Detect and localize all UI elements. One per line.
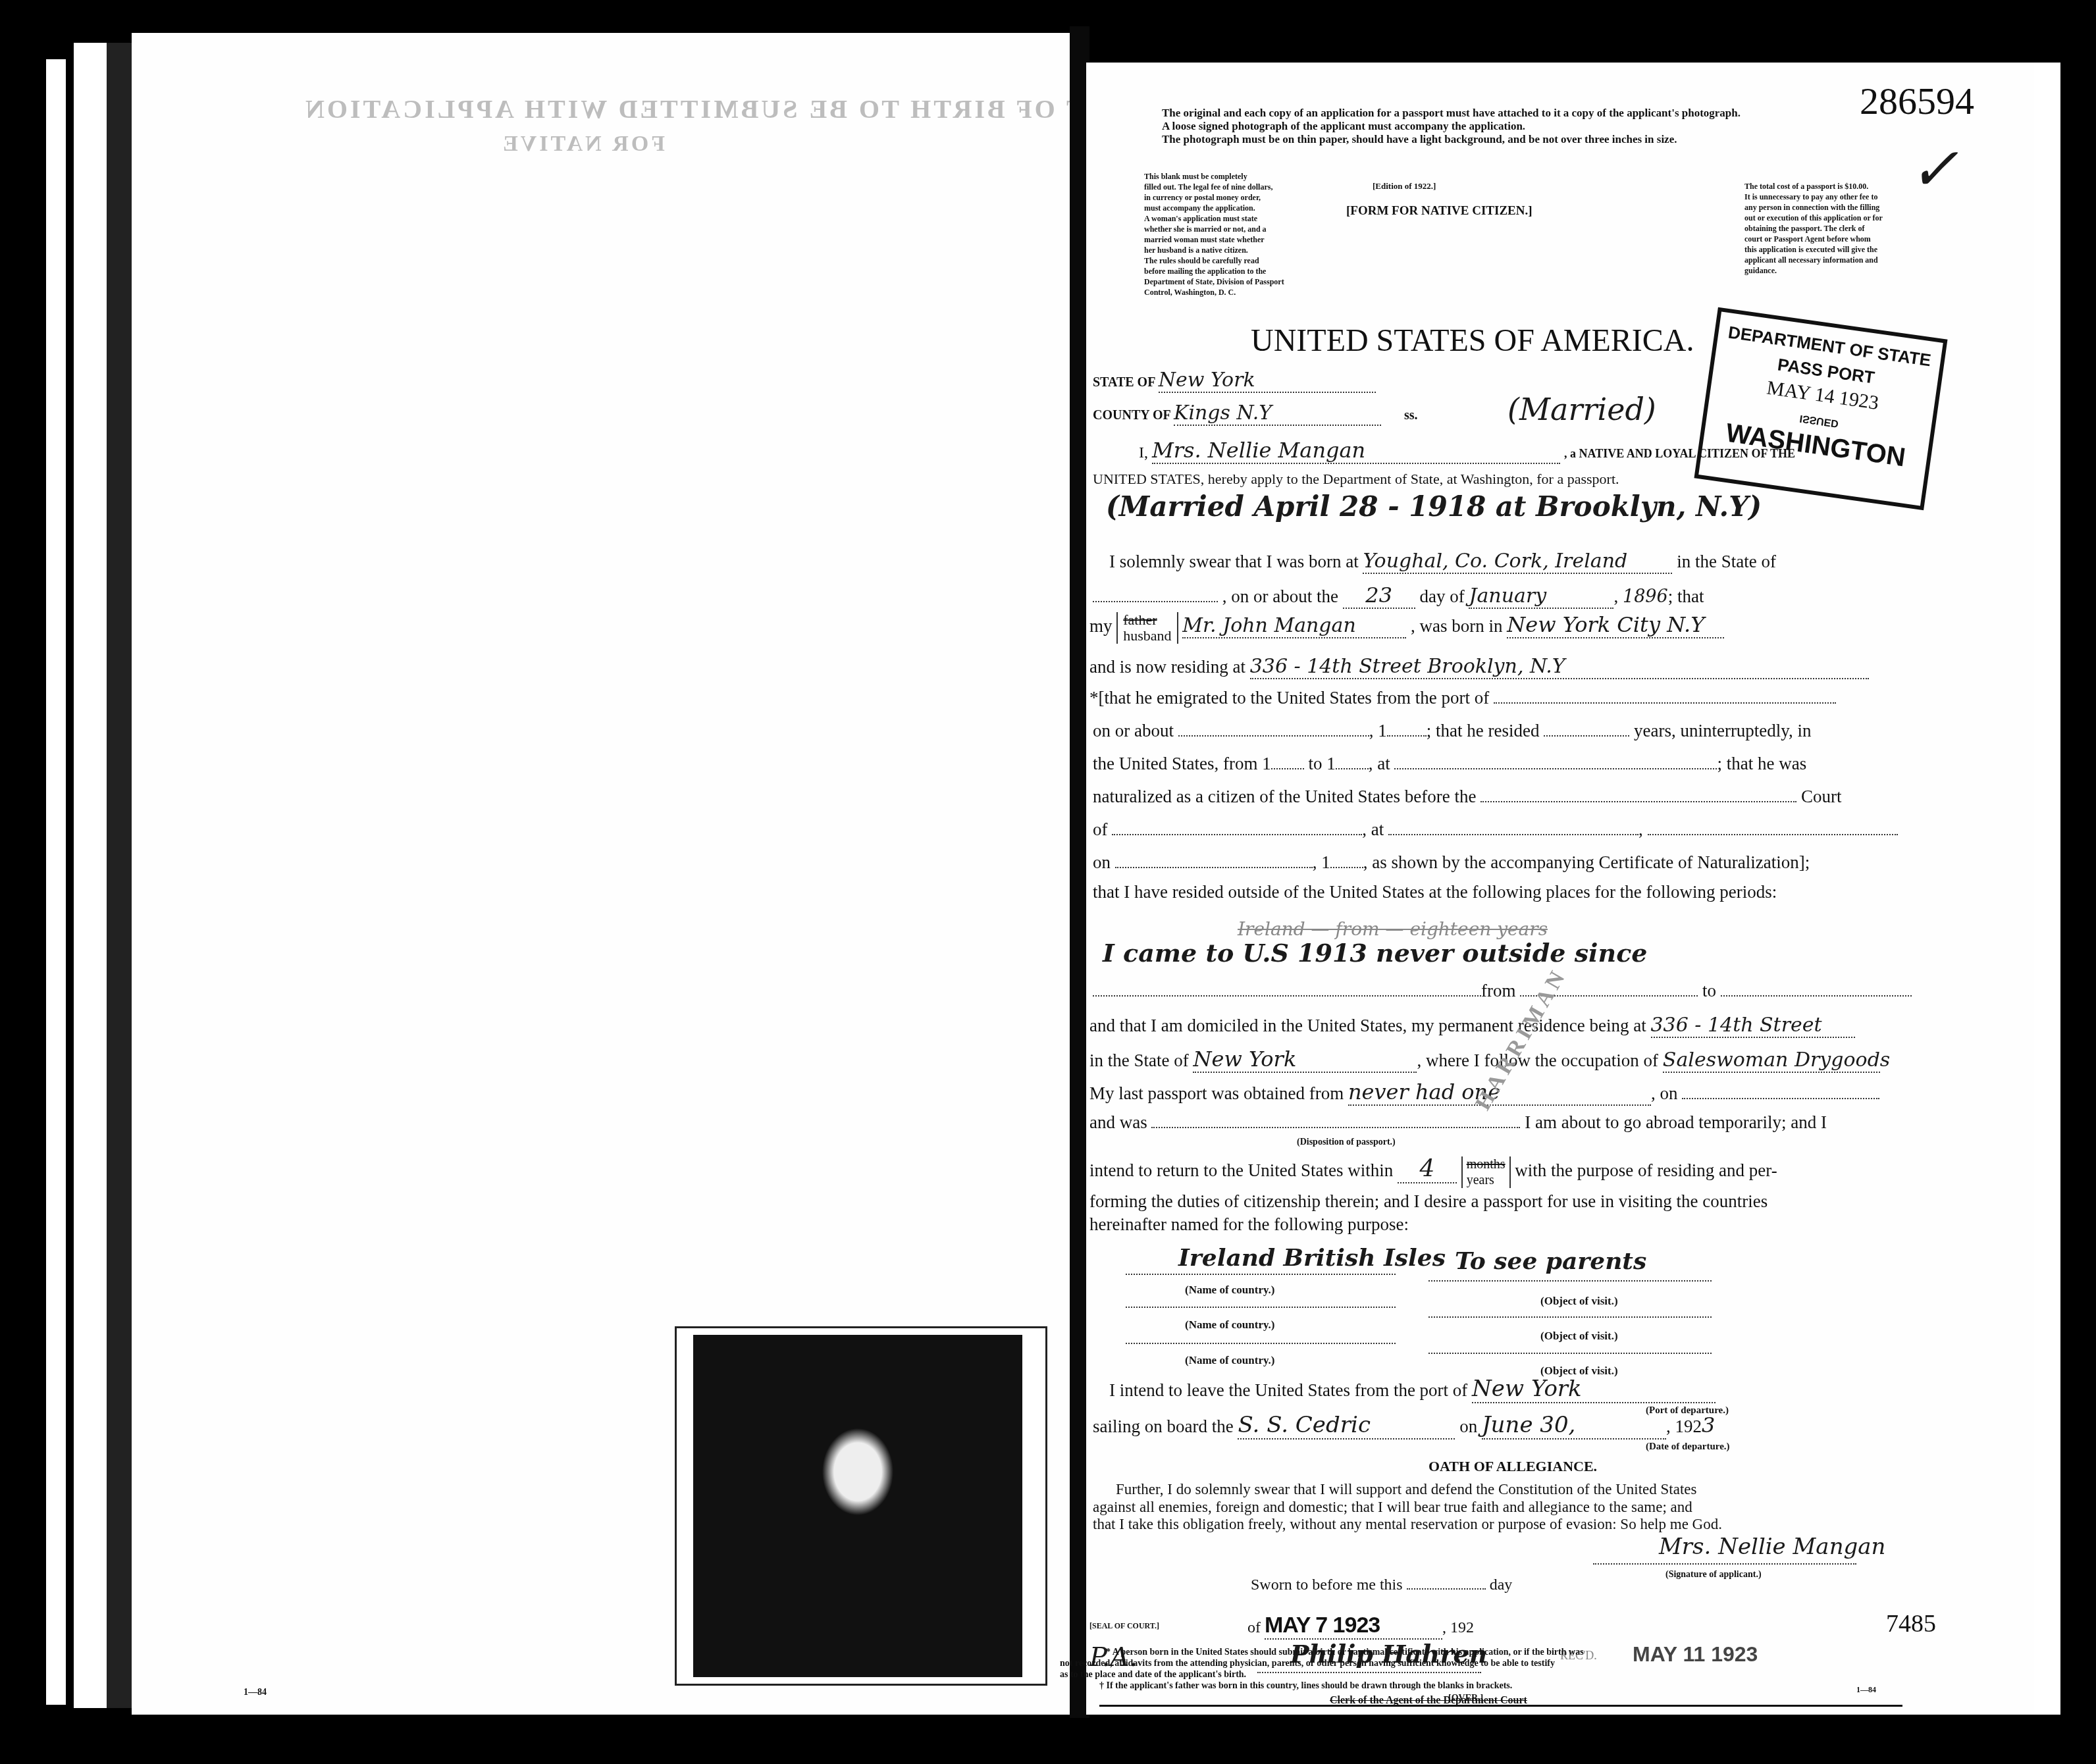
occupation: Saleswoman Drygoods — [1663, 1049, 1880, 1073]
oath-line-1: Further, I do solemnly swear that I will… — [1116, 1481, 1697, 1498]
country-caption-2: (Name of country.) — [1185, 1318, 1274, 1332]
state-occupation-line: in the State of New York, where I follow… — [1089, 1047, 1880, 1073]
book-spine-shadow — [107, 43, 132, 1708]
destination-object-1: To see parents — [1455, 1247, 1646, 1275]
book-page-edges — [74, 43, 107, 1708]
naturalization-date-line: on , 1, as shown by the accompanying Cer… — [1093, 852, 1810, 873]
married-annotation: (Married) — [1507, 392, 1656, 427]
applicant-name: Mrs. Nellie Mangan — [1152, 438, 1560, 464]
emigrated-line: *[that he emigrated to the United States… — [1089, 688, 1836, 708]
oath-line-3: that I take this obligation freely, with… — [1093, 1516, 1722, 1533]
destination-object-line-2 — [1428, 1316, 1712, 1318]
date-caption: (Date of departure.) — [1646, 1441, 1730, 1453]
birth-place-line: I solemnly swear that I was born at Youg… — [1109, 550, 1776, 574]
application-number: 7485 — [1886, 1609, 1936, 1638]
left-form-code: 1—84 — [244, 1685, 267, 1700]
signature-caption: (Signature of applicant.) — [1665, 1570, 1762, 1580]
edition-label: [Edition of 1922.] — [1373, 181, 1436, 192]
signature-line — [1593, 1563, 1856, 1565]
marriage-statement: (Married April 28 - 1918 at Brooklyn, N.… — [1106, 490, 1762, 523]
destination-country-line-1 — [1126, 1274, 1396, 1275]
departure-port-line: I intend to leave the United States from… — [1109, 1376, 1716, 1403]
book-page-edges-right — [2034, 63, 2060, 1715]
state-field: STATE OF New York — [1093, 369, 1376, 393]
over-label: [OVER.] — [1448, 1694, 1483, 1704]
seal-caption: [SEAL OF COURT.] — [1089, 1621, 1159, 1631]
court-location-line: of , at , — [1093, 819, 1898, 840]
return-duration: 4 — [1398, 1155, 1457, 1183]
husband-name: Mr. John Mangan — [1182, 614, 1406, 638]
on-about-line: on or about , 1; that he resided years, … — [1093, 721, 1812, 741]
from-to-line: from to — [1093, 981, 1912, 1001]
residence-state: New York — [1193, 1047, 1417, 1073]
husband-residence-line: and is now residing at 336 - 14th Street… — [1089, 655, 1869, 679]
birth-year: 1896 — [1623, 586, 1668, 607]
destination-country-line-3 — [1126, 1343, 1396, 1344]
return-line: intend to return to the United States wi… — [1089, 1155, 1777, 1188]
birth-month: January — [1469, 584, 1613, 609]
right-note: The total cost of a passport is $10.00.I… — [1744, 181, 1935, 276]
birth-date-line: , on or about the 23 day of January, 189… — [1093, 583, 1704, 609]
oath-line-2: against all enemies, foreign and domesti… — [1093, 1499, 1692, 1516]
husband-line: my father husband Mr. John Mangan , was … — [1089, 612, 1724, 644]
state-value: New York — [1159, 369, 1376, 393]
right-page: 286594 ✓ The original and each copy of a… — [1086, 63, 2034, 1715]
serial-number: 286594 — [1860, 79, 1974, 123]
country-caption-1: (Name of country.) — [1185, 1284, 1274, 1297]
birth-day: 23 — [1343, 583, 1415, 609]
applicant-signature: Mrs. Nellie Mangan — [1659, 1534, 1885, 1560]
document-title: UNITED STATES OF AMERICA. — [1251, 323, 1694, 359]
departure-date: June 30, — [1482, 1412, 1666, 1440]
naturalized-line: naturalized as a citizen of the United S… — [1093, 787, 1842, 807]
footnote-divider — [1099, 1705, 1902, 1707]
destination-country-line-2 — [1126, 1307, 1396, 1308]
permanent-residence: 336 - 14th Street — [1651, 1014, 1855, 1038]
destination-object-line-3 — [1428, 1353, 1712, 1354]
applicant-photograph — [675, 1326, 1047, 1686]
county-value: Kings N.Y — [1174, 402, 1381, 426]
destination-country-1: Ireland British Isles — [1178, 1244, 1446, 1272]
disposition-caption: (Disposition of passport.) — [1297, 1137, 1396, 1148]
crossed-entry: Ireland — from — eighteen years — [1238, 918, 1548, 940]
right-form-code: 1—84 — [1856, 1685, 1876, 1695]
sworn-line: Sworn to before me this day — [1251, 1576, 1512, 1594]
county-field: COUNTY OF Kings N.Y ss. — [1093, 402, 1418, 426]
ghost-sub-text: FOR NATIVE — [500, 132, 665, 157]
footnotes-block: * A person born in the United States sho… — [1060, 1647, 1889, 1692]
birth-place: Youghal, Co. Cork, Ireland — [1363, 550, 1672, 574]
husband-residence: 336 - 14th Street Brooklyn, N.Y — [1250, 655, 1869, 679]
instruction-line-3: The photograph must be on thin paper, sh… — [1162, 132, 1677, 147]
domicile-line: and that I am domiciled in the United St… — [1089, 1014, 1855, 1038]
book-page-edges — [46, 59, 66, 1705]
form-type-label: [FORM FOR NATIVE CITIZEN.] — [1346, 204, 1533, 219]
country-caption-3: (Name of country.) — [1185, 1354, 1274, 1367]
object-caption-1: (Object of visit.) — [1540, 1295, 1618, 1308]
departure-port: New York — [1472, 1376, 1716, 1403]
oath-title: OATH OF ALLEGIANCE. — [1428, 1458, 1597, 1475]
hereinafter-line: hereinafter named for the following purp… — [1089, 1214, 1409, 1235]
husband-birthplace: New York City N.Y — [1507, 612, 1724, 638]
passport-issued-stamp: DEPARTMENT OF STATE PASS PORT MAY 14 192… — [1694, 307, 1947, 510]
photo-image — [693, 1335, 1022, 1677]
sailing-line: sailing on board the S. S. Cedric on Jun… — [1093, 1412, 1715, 1440]
residence-abroad-entry: I came to U.S 1913 never outside since — [1103, 938, 1647, 968]
residence-period-line: the United States, from 1 to 1, at ; tha… — [1093, 754, 1806, 774]
sworn-date-stamp: MAY 7 1923 — [1265, 1613, 1442, 1640]
ship-name: S. S. Cedric — [1238, 1412, 1455, 1440]
apply-text: UNITED STATES, hereby apply to the Depar… — [1093, 471, 1619, 488]
left-note: This blank must be completelyfilled out.… — [1144, 171, 1322, 298]
object-caption-2: (Object of visit.) — [1540, 1330, 1618, 1343]
destination-object-line-1 — [1428, 1280, 1712, 1282]
sworn-date-line: of MAY 7 1923, 192 — [1247, 1613, 1474, 1640]
and-was-line: and was I am about to go abroad temporar… — [1089, 1112, 1827, 1133]
duties-line: forming the duties of citizenship therei… — [1089, 1191, 1768, 1212]
outside-residence-line: that I have resided outside of the Unite… — [1093, 882, 1777, 902]
